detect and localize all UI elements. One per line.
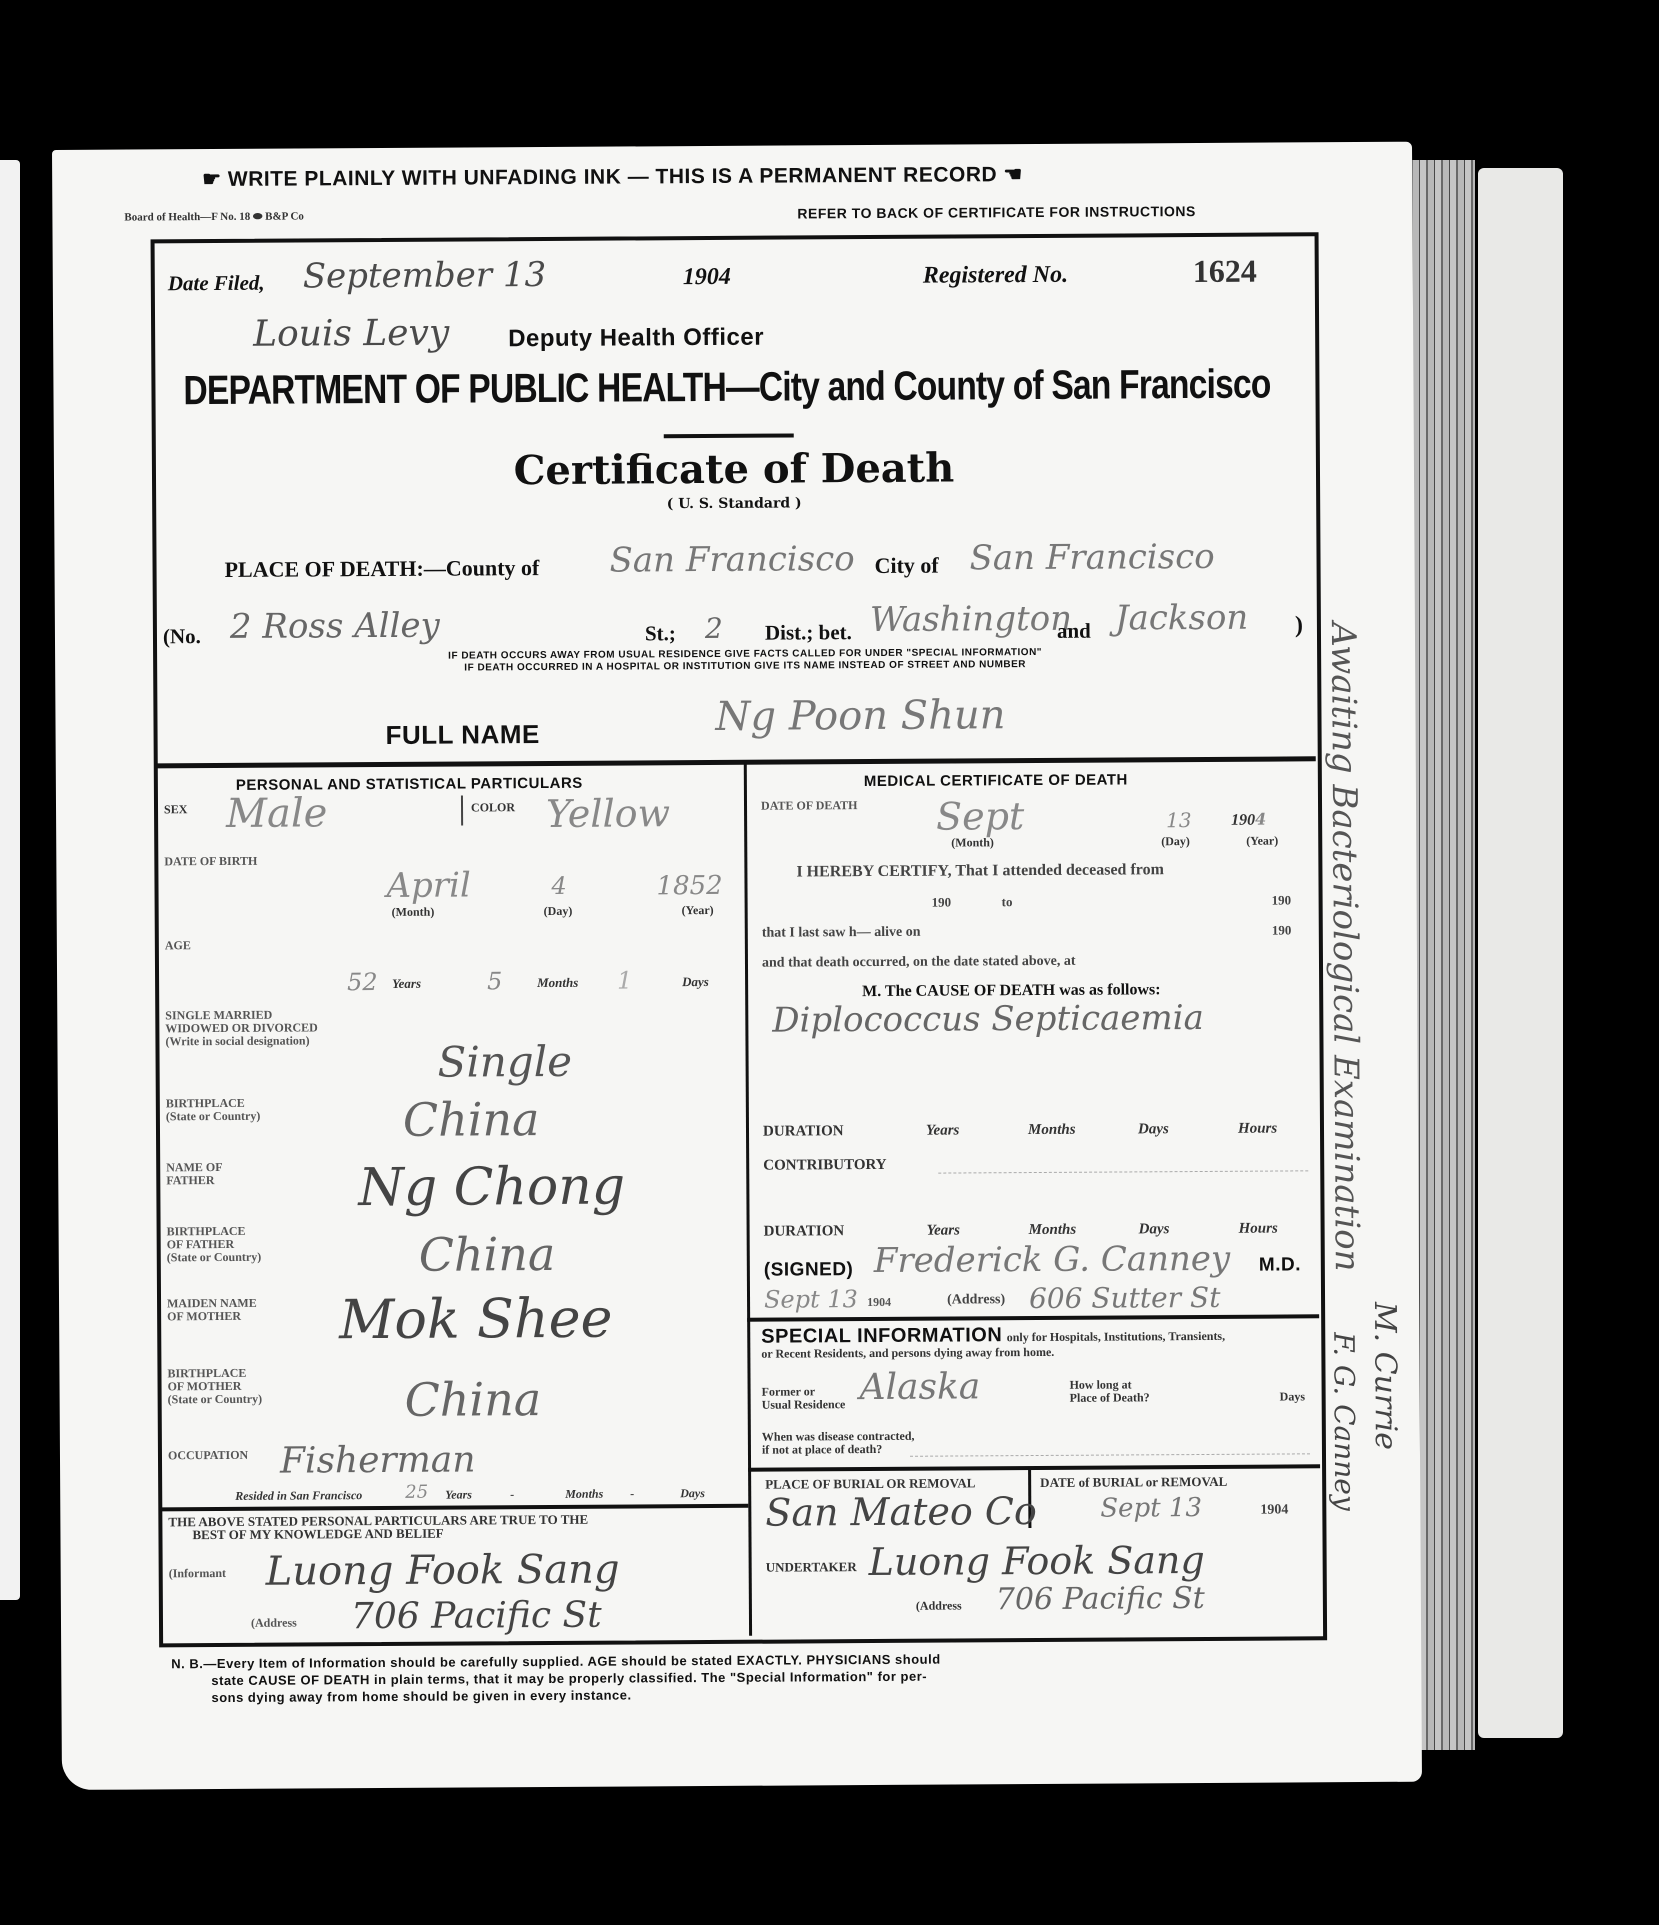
md-label: M.D. [1259, 1254, 1301, 1276]
duration-2-years-label: Years [927, 1222, 960, 1239]
last-saw-text: that I last saw h— alive on [762, 925, 921, 942]
pointing-hand-icon: ☛ [202, 168, 228, 191]
city-value: San Francisco [969, 537, 1214, 578]
resided-months: - [510, 1487, 514, 1502]
undertaker-value: Luong Fook Sang [869, 1538, 1205, 1584]
how-long-label: How long atPlace of Death? [1070, 1378, 1150, 1404]
color-label: COLOR [471, 801, 515, 814]
father-birthplace-value: China [419, 1227, 556, 1282]
mother-name-value: Mok Shee [339, 1287, 613, 1352]
signed-label: (SIGNED) [764, 1259, 854, 1282]
duration-2-hours-label: Hours [1239, 1221, 1278, 1238]
occurred-text: and that death occurred, on the date sta… [762, 954, 1076, 972]
footnote: N. B.—Every Item of Information should b… [171, 1651, 941, 1707]
physician-signature: Frederick G. Canney [874, 1239, 1231, 1281]
cause-of-death-value: Diplococcus Septicaemia [772, 998, 1204, 1041]
sex-label: SEX [164, 803, 187, 816]
dob-year: 1852 [656, 871, 722, 901]
certify-text: I HEREBY CERTIFY, That I attended deceas… [796, 861, 1164, 881]
duration-days-label: Days [1138, 1121, 1169, 1138]
duration-2-label: DURATION [764, 1223, 845, 1240]
dob-month: April [386, 865, 471, 906]
age-months: 5 [487, 967, 502, 995]
informant-value: Luong Fook Sang [266, 1547, 620, 1595]
age-years: 52 [347, 968, 378, 996]
death-month: Sept [936, 794, 1024, 839]
resided-years: 25 [405, 1482, 428, 1503]
burial-date-value: Sept 13 [1100, 1493, 1202, 1524]
street-address-value: 2 Ross Alley [230, 606, 440, 647]
how-long-days-label: Days [1280, 1390, 1305, 1403]
and-label: and [1057, 619, 1091, 644]
former-residence-value: Alaska [859, 1366, 980, 1408]
margin-note-bacteriological: Awaiting Bacteriological Examination [1323, 622, 1367, 1272]
resided-months-label: Months [565, 1487, 603, 1502]
signed-year: 1904 [867, 1295, 891, 1310]
death-certificate-page: ☛ WRITE PLAINLY WITH UNFADING INK — THIS… [52, 142, 1422, 1790]
occupation-label: OCCUPATION [168, 1449, 248, 1462]
resided-days-label: Days [680, 1486, 705, 1501]
disease-contracted-label: When was disease contracted,if not at pl… [762, 1430, 915, 1457]
district-value: 2 [705, 612, 723, 645]
officer-title: Deputy Health Officer [508, 324, 764, 354]
duration-label: DURATION [763, 1123, 844, 1140]
duration-2-days-label: Days [1139, 1221, 1170, 1238]
city-label: City of [874, 553, 938, 579]
former-residence-label: Former orUsual Residence [762, 1385, 846, 1412]
informant-label: (Informant [169, 1567, 226, 1580]
physician-address-value: 606 Sutter St [1029, 1281, 1221, 1315]
age-years-label: Years [392, 976, 421, 992]
contributory-label: CONTRIBUTORY [763, 1157, 886, 1175]
registered-label: Registered No. [923, 262, 1068, 290]
attended-to-label: to [1002, 894, 1013, 910]
death-year-caption: (Year) [1246, 835, 1278, 848]
undertaker-label: UNDERTAKER [766, 1560, 857, 1574]
certificate-title: Certificate of Death [54, 442, 1414, 497]
date-filed-year: 1904 [683, 264, 731, 291]
age-days-label: Days [682, 974, 709, 990]
burial-place-value: San Mateo Co [765, 1489, 1037, 1535]
medical-section-title: MEDICAL CERTIFICATE OF DEATH [864, 771, 1128, 790]
registered-number: 1624 [1193, 253, 1257, 290]
death-year: 1904 [1231, 810, 1266, 830]
dob-month-caption: (Month) [392, 906, 435, 919]
street-number-label: (No. [163, 624, 201, 649]
header-banner: ☛ WRITE PLAINLY WITH UNFADING INK — THIS… [202, 162, 1023, 192]
instructions-ref: REFER TO BACK OF CERTIFICATE FOR INSTRUC… [797, 203, 1196, 221]
resided-days: - [630, 1486, 634, 1501]
age-label: AGE [165, 939, 191, 952]
mother-name-label: MAIDEN NAMEOF MOTHER [167, 1297, 257, 1324]
book-cover-edge [1478, 168, 1563, 1738]
duration-2-months-label: Months [1029, 1222, 1077, 1239]
full-name-value: Ng Poon Shun [715, 692, 1005, 740]
title-divider [664, 433, 794, 438]
pointing-hand-icon-right: ☚ [997, 163, 1023, 186]
sex-value: Male [226, 790, 328, 837]
death-day-caption: (Day) [1161, 835, 1190, 848]
full-name-label: FULL NAME [385, 719, 539, 751]
age-days: 1 [617, 966, 632, 994]
mother-birthplace-label: BIRTHPLACEOF MOTHER(State or Country) [167, 1367, 262, 1407]
officer-signature: Louis Levy [253, 313, 449, 355]
burial-year: 1904 [1260, 1502, 1288, 1518]
date-of-death-label: DATE OF DEATH [761, 799, 858, 813]
burial-place-label: PLACE OF BURIAL OR REMOVAL [765, 1476, 975, 1490]
informant-address-value: 706 Pacific St [351, 1595, 602, 1638]
street-label: St.; [645, 621, 676, 646]
occupation-value: Fisherman [280, 1439, 476, 1481]
department-title: DEPARTMENT OF PUBLIC HEALTH—City and Cou… [183, 361, 1270, 415]
birthplace-label: BIRTHPLACE(State or Country) [166, 1097, 261, 1124]
last-saw-year: 190 [1272, 922, 1292, 938]
dob-year-caption: (Year) [682, 904, 714, 917]
dob-day-caption: (Day) [544, 905, 573, 918]
undertaker-address-label: (Address [916, 1599, 962, 1612]
father-birthplace-label: BIRTHPLACEOF FATHER(State or Country) [167, 1225, 262, 1265]
duration-hours-label: Hours [1238, 1121, 1277, 1138]
attended-to-year: 190 [1272, 892, 1292, 908]
father-name-value: Ng Chong [358, 1157, 625, 1219]
margin-note-currie: M. Currie [1367, 1302, 1403, 1450]
adjacent-page-sliver [0, 160, 20, 1600]
physician-address-label: (Address) [947, 1292, 1005, 1308]
attended-from-year: 190 [932, 895, 952, 911]
attestation-text: THE ABOVE STATED PERSONAL PARTICULARS AR… [168, 1513, 588, 1542]
date-filed-label: Date Filed, [168, 271, 265, 297]
dob-label: DATE OF BIRTH [164, 855, 257, 869]
undertaker-address-value: 706 Pacific St [996, 1581, 1205, 1617]
duration-years-label: Years [926, 1122, 959, 1139]
signed-date: Sept 13 [764, 1285, 858, 1314]
marital-label: SINGLE MARRIEDWIDOWED OR DIVORCED(Write … [165, 1008, 318, 1048]
color-value: Yellow [546, 791, 670, 836]
death-month-caption: (Month) [951, 836, 994, 849]
informant-address-label: (Address [251, 1617, 297, 1630]
dob-day: 4 [551, 872, 566, 900]
county-value: San Francisco [609, 539, 854, 580]
death-day: 13 [1166, 808, 1192, 832]
marital-value: Single [437, 1037, 572, 1087]
father-name-label: NAME OFFATHER [166, 1161, 222, 1187]
date-filed-value: September 13 [303, 255, 547, 296]
place-of-death-label: PLACE OF DEATH:—County of [224, 555, 539, 583]
burial-date-label: DATE of BURIAL or REMOVAL [1040, 1475, 1227, 1489]
duration-months-label: Months [1028, 1122, 1076, 1139]
district-between-label: Dist.; bet. [765, 620, 852, 646]
special-info-note: or Recent Residents, and persons dying a… [761, 1346, 1054, 1361]
between-street-2: Jackson [1115, 598, 1249, 639]
form-id: Board of Health—F No. 18 ⬬ B&P Co [124, 210, 304, 224]
margin-note-canney: F. G. Canney [1327, 1332, 1361, 1511]
close-paren: ) [1295, 612, 1303, 639]
resided-years-label: Years [445, 1487, 472, 1502]
age-months-label: Months [537, 975, 578, 991]
birthplace-value: China [403, 1092, 540, 1147]
resided-label: Resided in San Francisco [235, 1488, 362, 1504]
between-street-1: Washington [870, 599, 1072, 640]
mother-birthplace-value: China [404, 1372, 541, 1427]
